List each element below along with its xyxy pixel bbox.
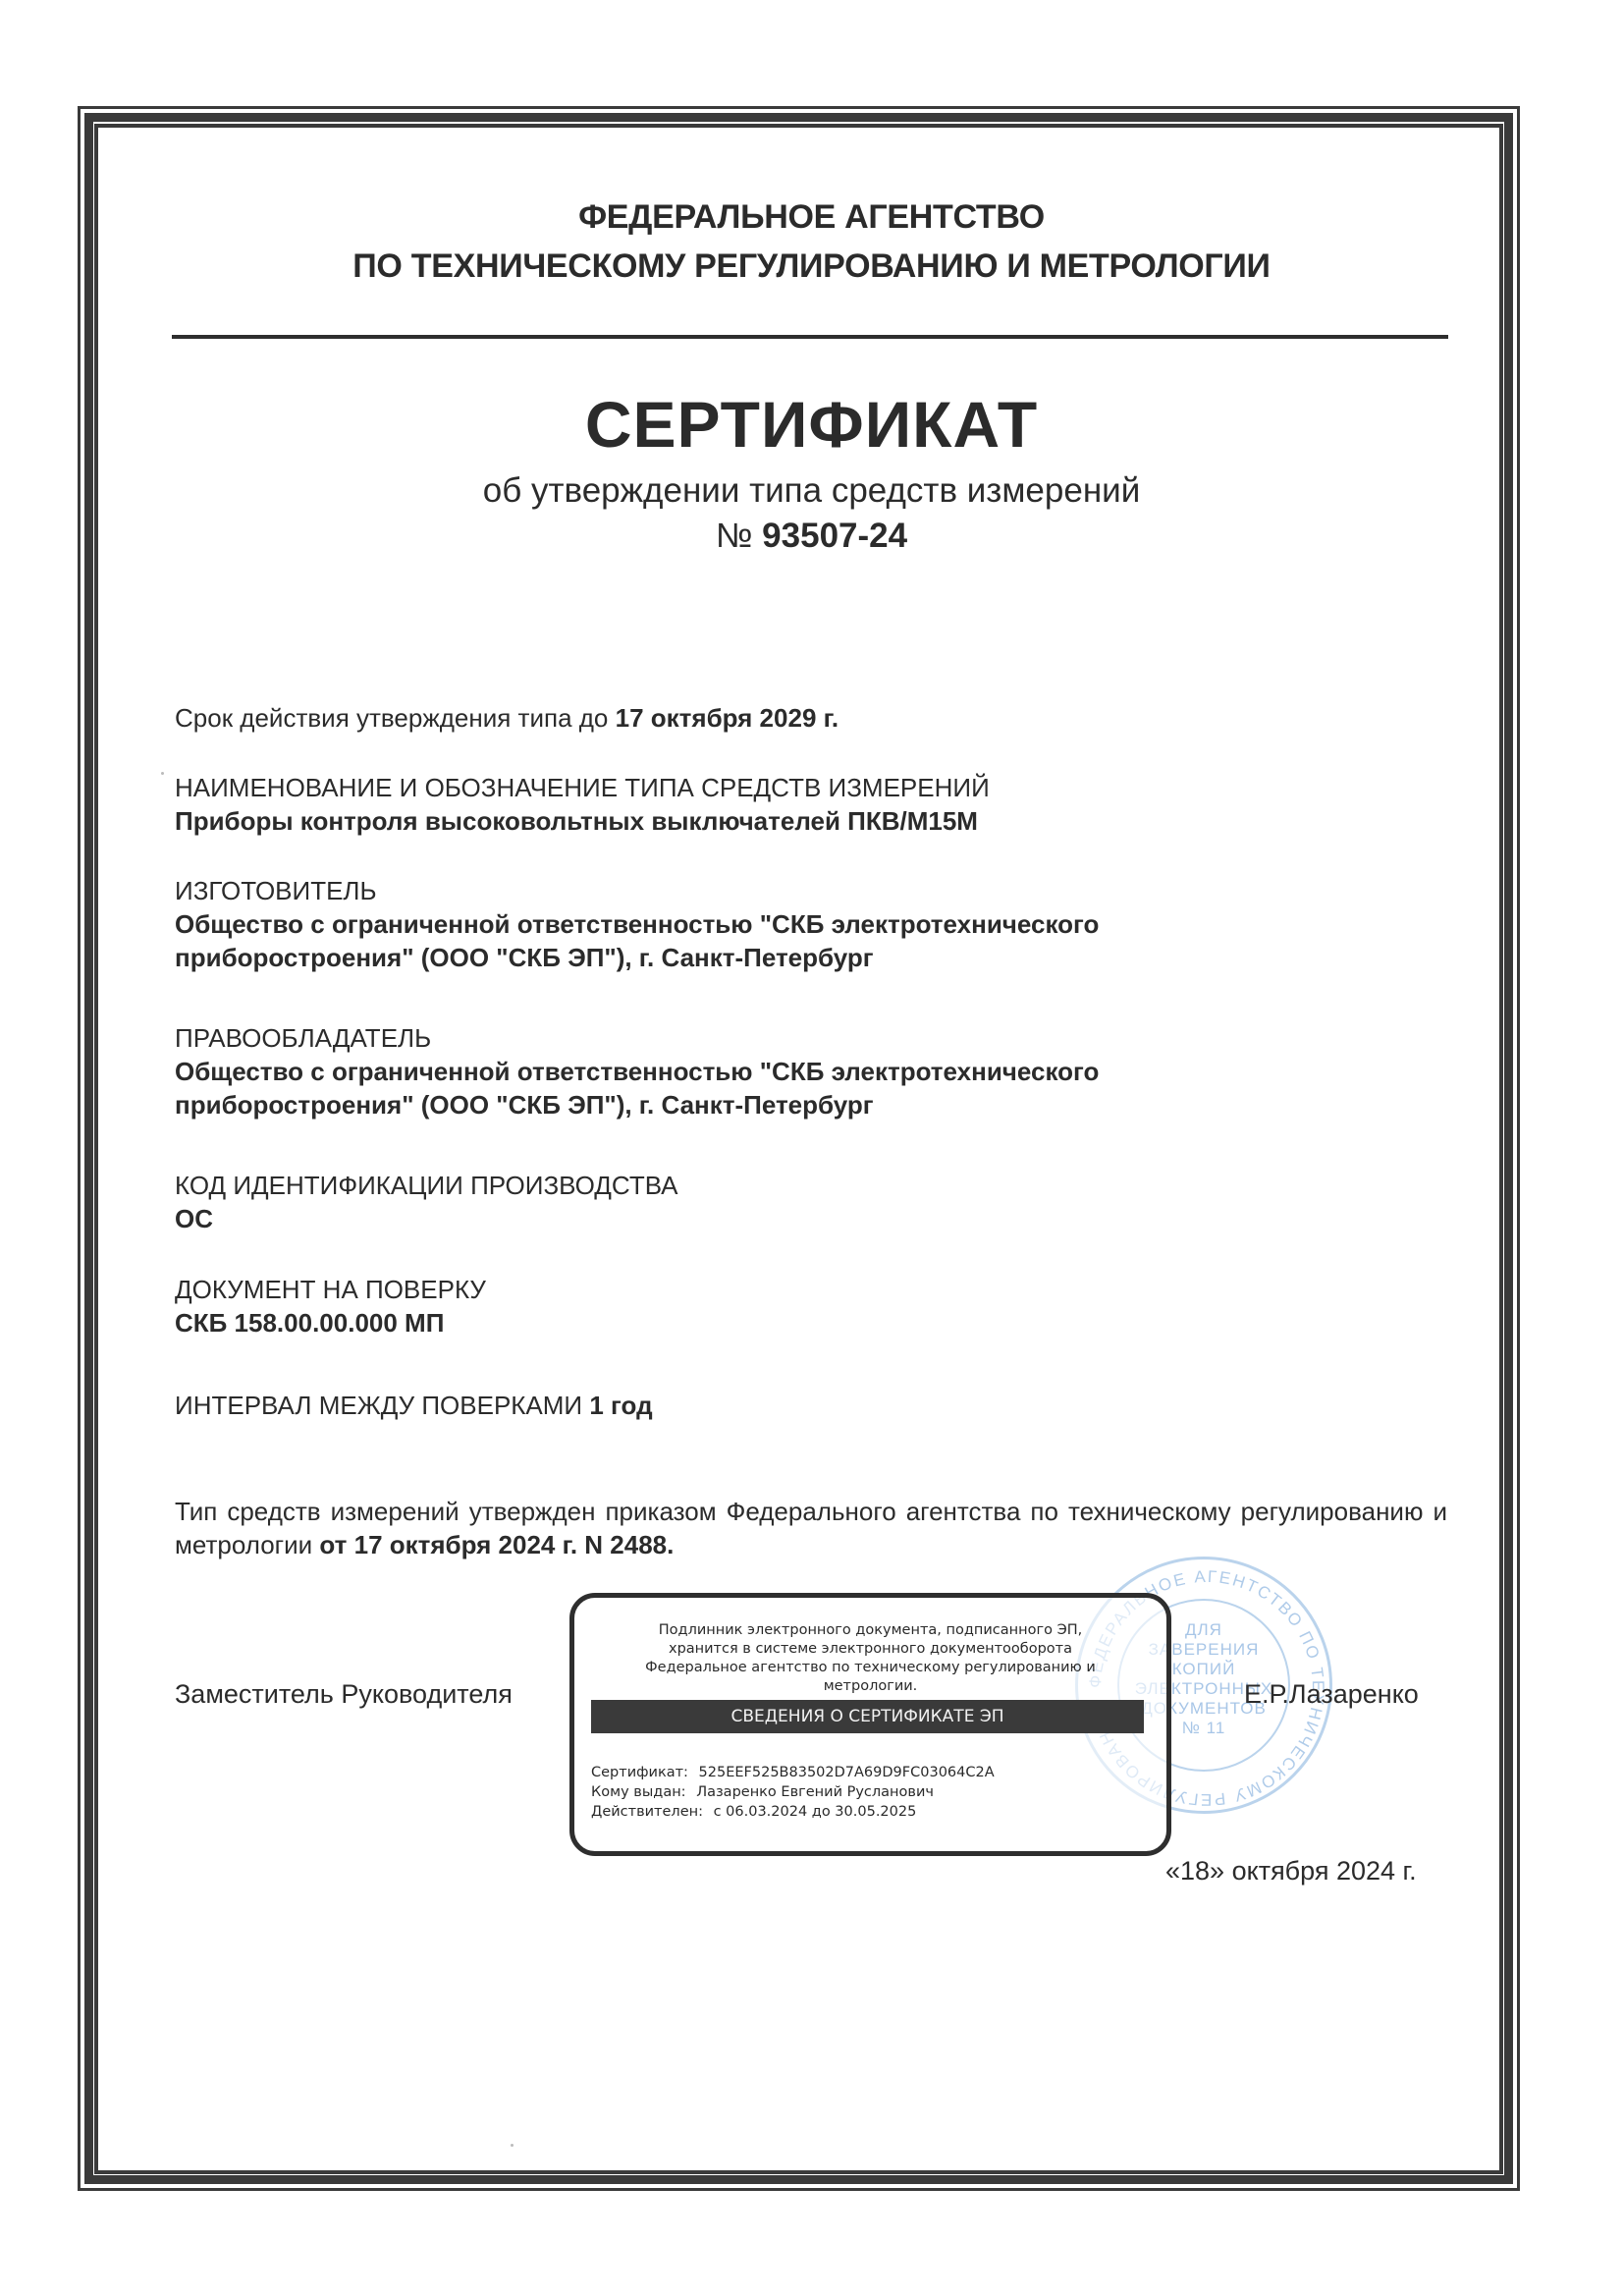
esig-note-line-1: Подлинник электронного документа, подпис… bbox=[574, 1621, 1166, 1640]
esig-issued-row: Кому выдан: Лазаренко Евгений Русланович bbox=[591, 1782, 995, 1802]
esig-note-line-3: Федеральное агентство по техническому ре… bbox=[574, 1659, 1166, 1677]
interval-value: 1 год bbox=[589, 1391, 652, 1420]
number-value: 93507-24 bbox=[762, 517, 907, 555]
esig-valid-row: Действителен: с 06.03.2024 до 30.05.2025 bbox=[591, 1802, 995, 1822]
production-code-label: КОД ИДЕНТИФИКАЦИИ ПРОИЗВОДСТВА bbox=[175, 1169, 1451, 1202]
validity-line: Срок действия утверждения типа до 17 окт… bbox=[175, 701, 839, 735]
rightholder-value-1: Общество с ограниченной ответственностью… bbox=[175, 1055, 1451, 1088]
esig-valid-label: Действителен: bbox=[591, 1802, 703, 1822]
signatory-name: Е.Р.Лазаренко bbox=[1244, 1677, 1419, 1711]
section-rightholder: ПРАВООБЛАДАТЕЛЬ Общество с ограниченной … bbox=[175, 1021, 1451, 1121]
esig-issued-value: Лазаренко Евгений Русланович bbox=[696, 1784, 934, 1800]
verification-doc-value: СКБ 158.00.00.000 МП bbox=[175, 1306, 1451, 1339]
manufacturer-label: ИЗГОТОВИТЕЛЬ bbox=[175, 874, 1451, 907]
esig-details: Сертификат: 525EEF525B83502D7A69D9FC0306… bbox=[591, 1763, 995, 1822]
esig-note-line-2: хранится в системе электронного документ… bbox=[574, 1640, 1166, 1659]
rightholder-value-2: приборостроения" (ООО "СКБ ЭП"), г. Санк… bbox=[175, 1088, 1451, 1121]
certificate-subtitle: об утверждении типа средств измерений bbox=[0, 469, 1623, 513]
order-statement: Тип средств измерений утвержден приказом… bbox=[175, 1495, 1447, 1561]
esig-band: СВЕДЕНИЯ О СЕРТИФИКАТЕ ЭП bbox=[591, 1700, 1144, 1733]
esig-valid-value: с 06.03.2024 до 30.05.2025 bbox=[714, 1804, 917, 1820]
scan-speck bbox=[511, 2144, 514, 2147]
agency-line-1: ФЕДЕРАЛЬНОЕ АГЕНТСТВО bbox=[0, 192, 1623, 242]
esig-cert-value: 525EEF525B83502D7A69D9FC03064C2A bbox=[699, 1765, 995, 1780]
signatory-position: Заместитель Руководителя bbox=[175, 1677, 513, 1711]
section-name-value: Приборы контроля высоковольтных выключат… bbox=[175, 804, 1451, 838]
scan-speck bbox=[161, 772, 164, 775]
manufacturer-value-1: Общество с ограниченной ответственностью… bbox=[175, 907, 1451, 941]
certificate-title: СЕРТИФИКАТ bbox=[0, 385, 1623, 464]
rightholder-label: ПРАВООБЛАДАТЕЛЬ bbox=[175, 1021, 1451, 1055]
electronic-signature-box: Подлинник электронного документа, подпис… bbox=[569, 1593, 1171, 1856]
production-code-value: ОС bbox=[175, 1202, 1451, 1235]
certificate-number: № 93507-24 bbox=[0, 515, 1623, 558]
order-reference: от 17 октября 2024 г. N 2488. bbox=[319, 1530, 674, 1559]
interval-label: ИНТЕРВАЛ МЕЖДУ ПОВЕРКАМИ bbox=[175, 1391, 582, 1420]
validity-date: 17 октября 2029 г. bbox=[616, 703, 839, 733]
esig-cert-label: Сертификат: bbox=[591, 1763, 688, 1782]
esig-cert-row: Сертификат: 525EEF525B83502D7A69D9FC0306… bbox=[591, 1763, 995, 1782]
signature-date: «18» октября 2024 г. bbox=[1165, 1854, 1417, 1887]
section-verification-doc: ДОКУМЕНТ НА ПОВЕРКУ СКБ 158.00.00.000 МП bbox=[175, 1273, 1451, 1339]
esig-note-line-4: метрологии. bbox=[574, 1677, 1166, 1696]
manufacturer-value-2: приборостроения" (ООО "СКБ ЭП"), г. Санк… bbox=[175, 941, 1451, 974]
section-interval: ИНТЕРВАЛ МЕЖДУ ПОВЕРКАМИ 1 год bbox=[175, 1389, 653, 1422]
agency-header: ФЕДЕРАЛЬНОЕ АГЕНТСТВО ПО ТЕХНИЧЕСКОМУ РЕ… bbox=[0, 192, 1623, 291]
section-production-code: КОД ИДЕНТИФИКАЦИИ ПРОИЗВОДСТВА ОС bbox=[175, 1169, 1451, 1235]
number-symbol: № bbox=[716, 517, 753, 555]
esig-note: Подлинник электронного документа, подпис… bbox=[574, 1621, 1166, 1696]
validity-prefix: Срок действия утверждения типа до bbox=[175, 703, 608, 733]
section-manufacturer: ИЗГОТОВИТЕЛЬ Общество с ограниченной отв… bbox=[175, 874, 1451, 974]
section-name-label: НАИМЕНОВАНИЕ И ОБОЗНАЧЕНИЕ ТИПА СРЕДСТВ … bbox=[175, 771, 1451, 804]
verification-doc-label: ДОКУМЕНТ НА ПОВЕРКУ bbox=[175, 1273, 1451, 1306]
section-name: НАИМЕНОВАНИЕ И ОБОЗНАЧЕНИЕ ТИПА СРЕДСТВ … bbox=[175, 771, 1451, 838]
header-divider bbox=[172, 335, 1448, 339]
agency-line-2: ПО ТЕХНИЧЕСКОМУ РЕГУЛИРОВАНИЮ И МЕТРОЛОГ… bbox=[0, 242, 1623, 291]
esig-issued-label: Кому выдан: bbox=[591, 1782, 686, 1802]
